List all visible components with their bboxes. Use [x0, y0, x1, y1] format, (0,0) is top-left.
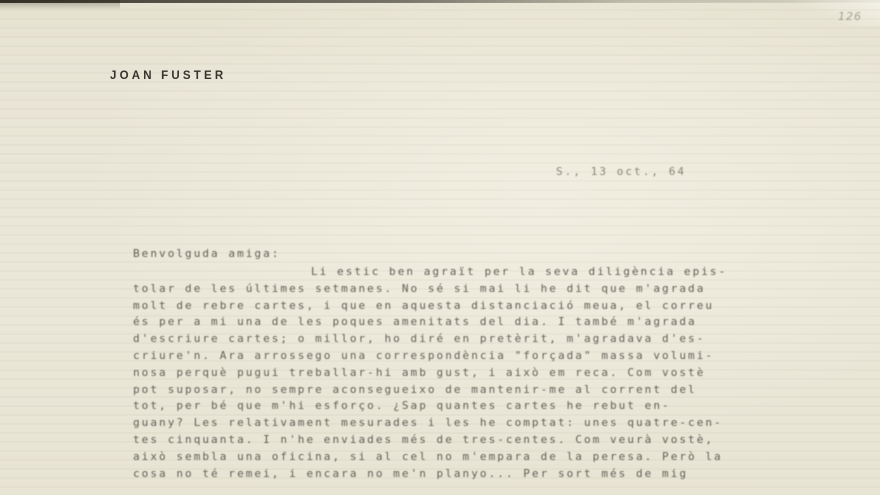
body-line: molt de rebre cartes, i que en aquesta d…	[133, 298, 773, 315]
body-line: nosa perquè pugui treballar-hi amb gust,…	[133, 365, 773, 382]
body-line: això sembla una oficina, si al cel no m'…	[133, 449, 773, 466]
scan-corner-shadow	[0, 0, 120, 10]
letterhead-name: JOAN FUSTER	[110, 70, 226, 82]
body-line: tes cinquanta. I n'he enviades més de tr…	[133, 432, 773, 449]
dateline: S., 13 oct., 64	[556, 165, 686, 178]
body-line: cosa no té remei, i encara no me'n plany…	[133, 466, 773, 483]
body-line: tot, per bé que m'hi esforço. ¿Sap quant…	[133, 398, 773, 415]
body-line: guany? Les relativament mesurades i les …	[133, 415, 773, 432]
scan-top-edge	[0, 0, 880, 3]
body-line: criure'n. Ara arrossego una correspondèn…	[133, 348, 773, 365]
salutation: Benvolguda amiga:	[133, 247, 280, 260]
body-line: pot suposar, no sempre aconsegueixo de m…	[133, 382, 773, 399]
body-line: és per a mi una de les poques amenitats …	[133, 314, 773, 331]
paper-corner-highlight	[790, 0, 880, 26]
body-line: d'escriure cartes; o millor, ho diré en …	[133, 331, 773, 348]
body-line: tolar de les últimes setmanes. No sé si …	[133, 281, 773, 298]
letter-scan: 126 JOAN FUSTER S., 13 oct., 64 Benvolgu…	[0, 0, 880, 495]
archival-corner-annotation: 126	[838, 10, 862, 23]
letter-body: Li estic ben agraït per la seva diligènc…	[133, 264, 773, 482]
body-line: Li estic ben agraït per la seva diligènc…	[133, 264, 773, 281]
